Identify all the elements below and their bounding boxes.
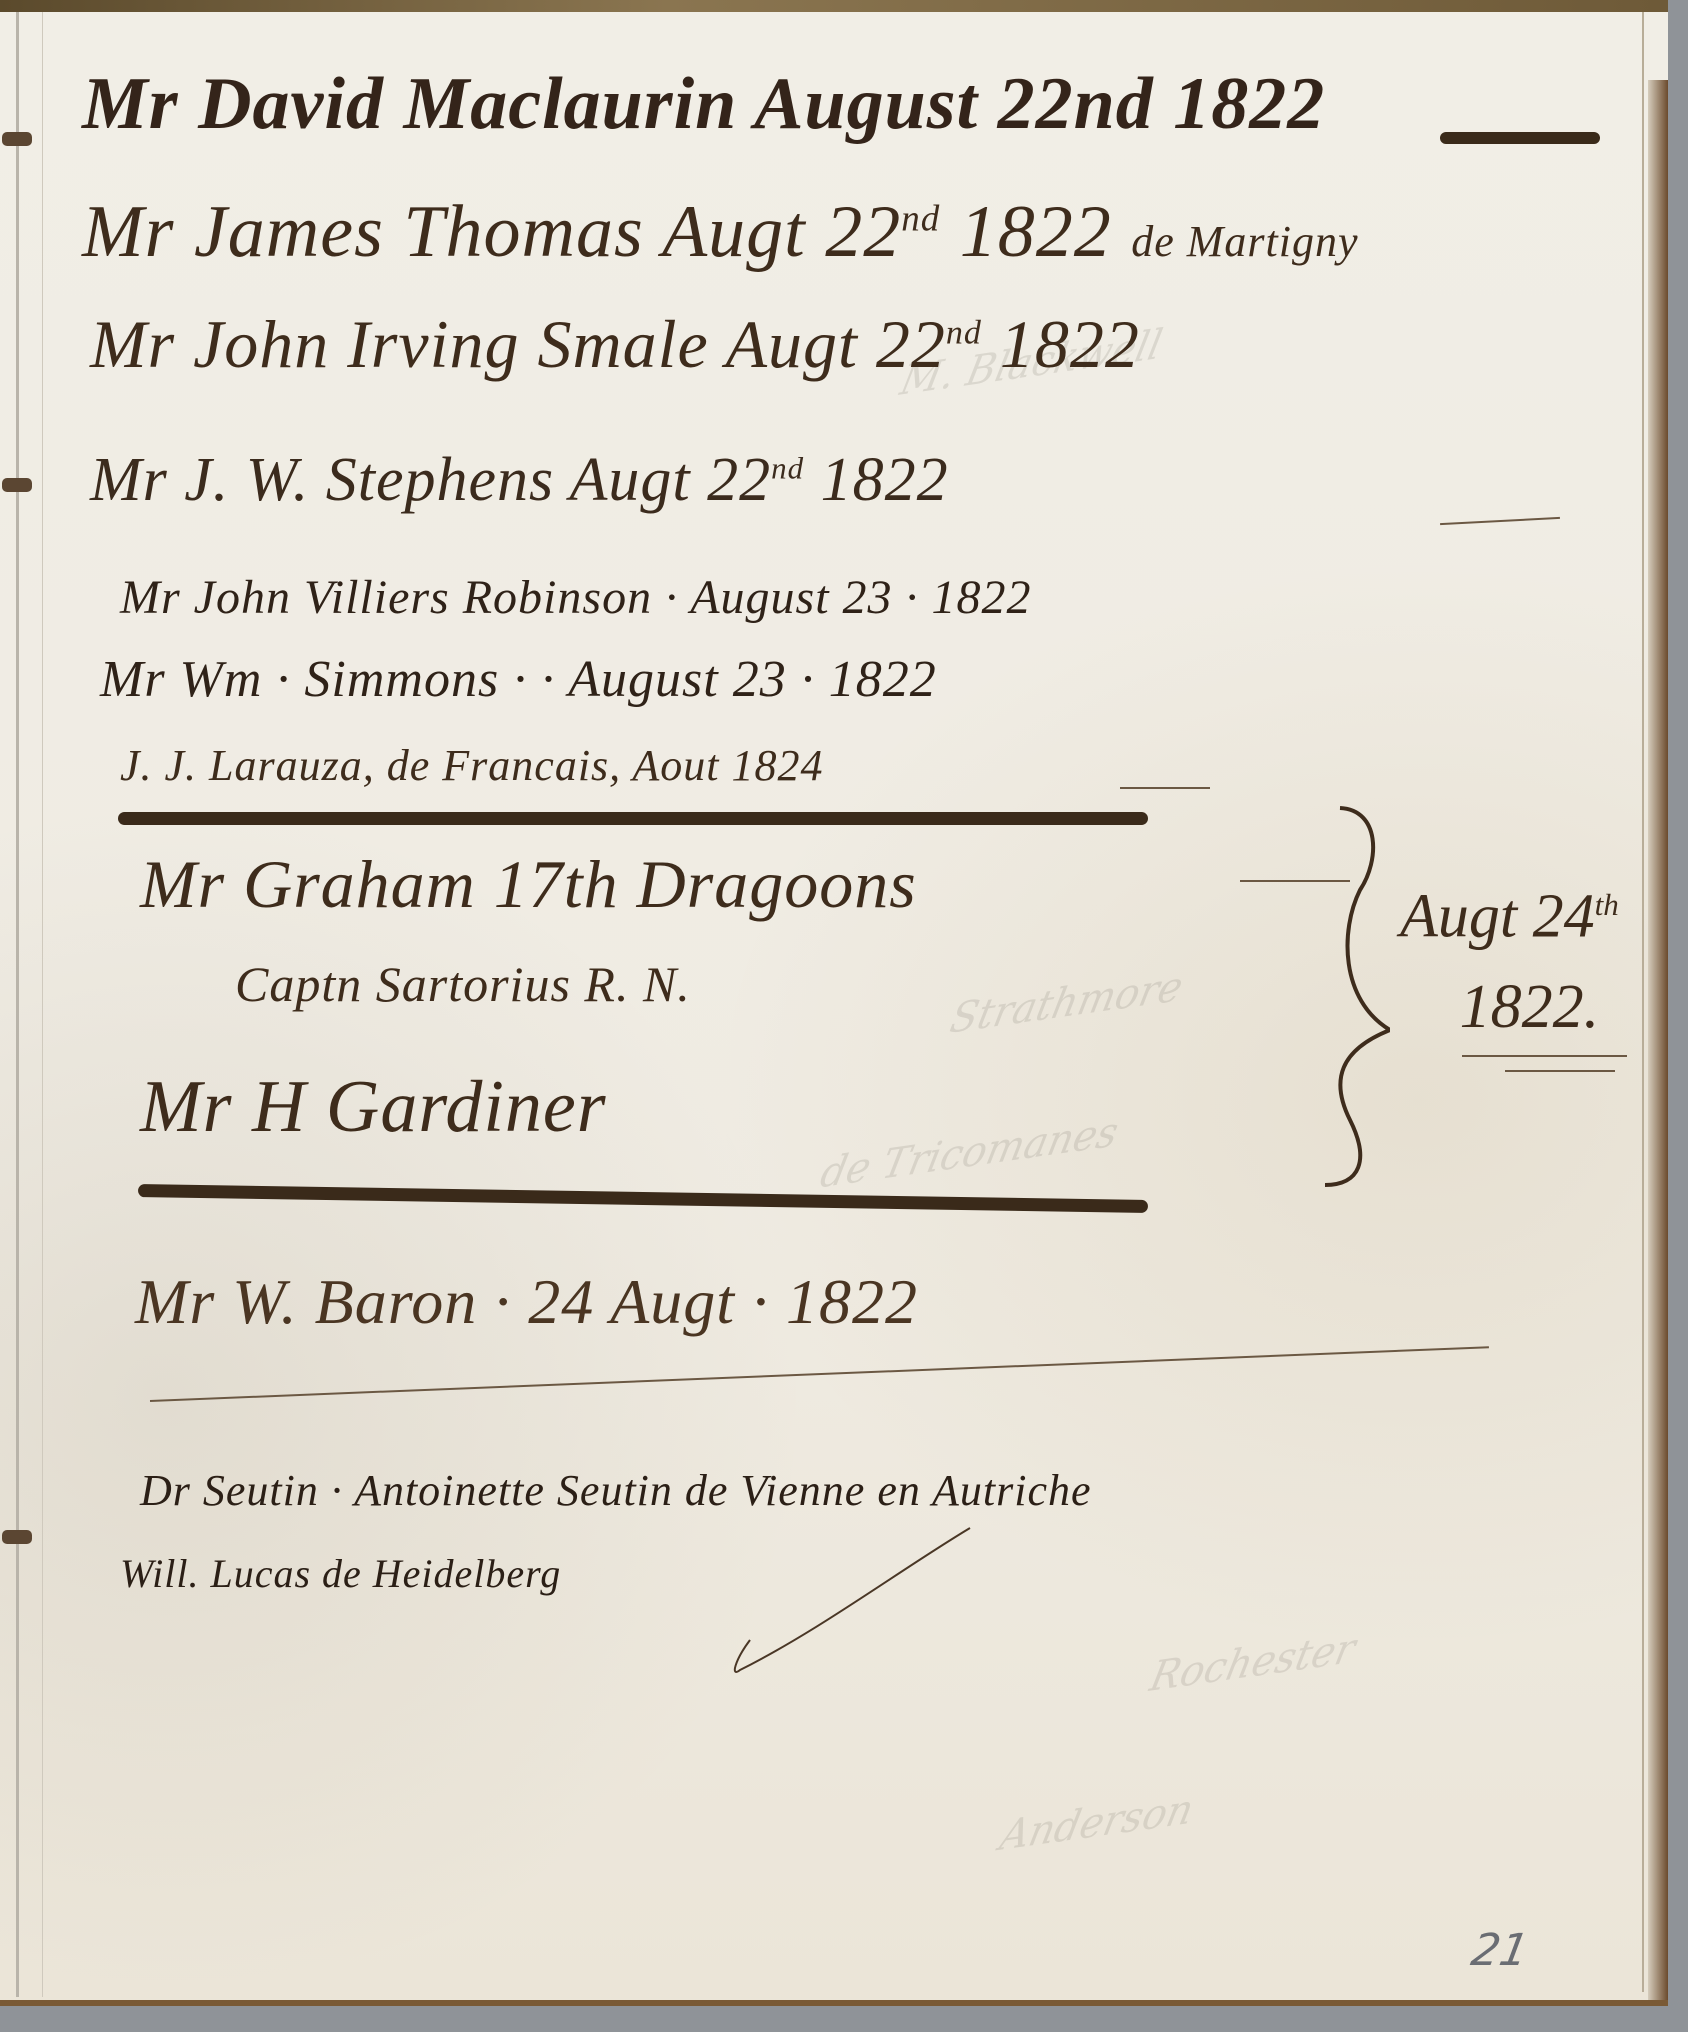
entry-john-irving-smale: Mr John Irving Smale Augt 22nd 1822 bbox=[90, 305, 1140, 384]
entry-date-suffix: nd bbox=[771, 450, 804, 485]
pen-flourish bbox=[700, 1520, 980, 1680]
entry-year: 1822 bbox=[960, 191, 1112, 273]
curly-brace-icon bbox=[1320, 800, 1390, 1190]
entry-baron: Mr W. Baron · 24 Augt · 1822 bbox=[135, 1265, 918, 1339]
book-top-edge bbox=[0, 0, 1668, 12]
entry-robinson: Mr John Villiers Robinson · August 23 · … bbox=[120, 570, 1032, 625]
section-divider-rule bbox=[118, 812, 1148, 825]
binding-margin-line bbox=[42, 12, 43, 1997]
section-divider-rule bbox=[150, 1346, 1489, 1402]
entry-year: 1822 bbox=[1000, 306, 1140, 382]
group-date-day: Augt 24 bbox=[1400, 883, 1595, 951]
book-cover-edge bbox=[1648, 80, 1668, 2000]
bleed-through-text: de Tricomanes bbox=[816, 1108, 1122, 1197]
entry-date: Augt 22 bbox=[662, 191, 901, 273]
binding-stitch bbox=[2, 478, 32, 492]
manuscript-page: M. Blackwell Strathmore de Tricomanes Ro… bbox=[0, 0, 1668, 2006]
entry-date: Augt 22 bbox=[725, 306, 945, 382]
date-underline bbox=[1505, 1070, 1615, 1072]
entry-seutin: Dr Seutin · Antoinette Seutin de Vienne … bbox=[140, 1465, 1092, 1516]
binding-stitch bbox=[2, 1530, 32, 1544]
flourish-stroke bbox=[1120, 787, 1210, 789]
entry-simmons: Mr Wm · Simmons · · August 23 · 1822 bbox=[100, 650, 937, 709]
group-date: Augt 24th 1822. bbox=[1400, 860, 1619, 1052]
section-divider-rule bbox=[138, 1184, 1148, 1213]
bleed-through-text: Strathmore bbox=[946, 963, 1187, 1043]
flourish-underline bbox=[1440, 132, 1600, 144]
entry-sartorius: Captn Sartorius R. N. bbox=[235, 955, 691, 1013]
group-date-year: 1822. bbox=[1440, 962, 1619, 1052]
entry-date: Augt 22 bbox=[570, 446, 772, 514]
entry-place: de Martigny bbox=[1131, 217, 1358, 266]
entry-year: 1822 bbox=[821, 446, 949, 514]
entry-lucas: Will. Lucas de Heidelberg bbox=[120, 1550, 561, 1597]
page-number: 21 bbox=[1468, 1925, 1533, 1976]
page-right-edge bbox=[1642, 12, 1644, 1992]
binding-stitch bbox=[2, 132, 32, 146]
entry-graham: Mr Graham 17th Dragoons bbox=[140, 845, 917, 924]
bleed-through-text: Rochester bbox=[1146, 1625, 1360, 1701]
entry-name: Mr James Thomas bbox=[82, 191, 644, 273]
bleed-through-text: Anderson bbox=[996, 1786, 1198, 1861]
entry-maclaurin: Mr David Maclaurin August 22nd 1822 bbox=[82, 62, 1325, 147]
entry-date-suffix: nd bbox=[946, 314, 982, 351]
binding-spine bbox=[16, 12, 19, 1997]
entry-name: Mr John Irving Smale bbox=[90, 306, 709, 382]
entry-james-thomas: Mr James Thomas Augt 22nd 1822 de Martig… bbox=[82, 190, 1359, 275]
flourish-stroke bbox=[1440, 517, 1560, 525]
entry-stephens: Mr J. W. Stephens Augt 22nd 1822 bbox=[90, 445, 949, 516]
entry-date-suffix: nd bbox=[901, 198, 940, 239]
group-date-suffix: th bbox=[1595, 887, 1619, 922]
date-underline bbox=[1462, 1055, 1627, 1057]
entry-name: Mr J. W. Stephens bbox=[90, 446, 554, 514]
entry-gardiner: Mr H Gardiner bbox=[140, 1065, 607, 1150]
entry-larauza: J. J. Larauza, de Francais, Aout 1824 bbox=[120, 740, 824, 791]
